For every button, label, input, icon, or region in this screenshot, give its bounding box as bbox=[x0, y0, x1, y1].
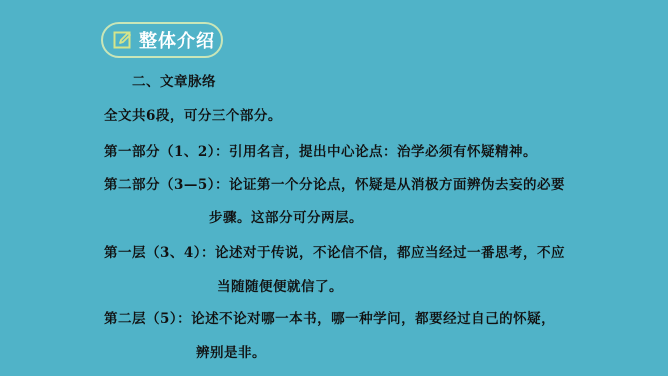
layer1-text-line2: 当随随便便就信了。 bbox=[217, 275, 343, 295]
layer1-text-line1: 第一层（3、4）：论述对于传说，不论信不信，都应当经过一番思考，不应 bbox=[104, 241, 565, 261]
layer2-text-line1: 第二层（5）：论述不论对哪一本书，哪一种学问，都要经过自己的怀疑， bbox=[104, 307, 555, 327]
part2-text-line2: 步骤。这部分可分两层。 bbox=[209, 206, 363, 226]
edit-icon bbox=[113, 30, 133, 50]
part1-text: 第一部分（1、2）：引用名言，提出中心论点：治学必须有怀疑精神。 bbox=[104, 140, 537, 160]
part2-text-line1: 第二部分（3—5）：论证第一个分论点，怀疑是从消极方面辨伪去妄的必要 bbox=[104, 173, 565, 193]
section-heading: 二、文章脉络 bbox=[132, 70, 216, 90]
summary-text: 全文共6段，可分三个部分。 bbox=[104, 104, 282, 124]
layer2-text-line2: 辨别是非。 bbox=[196, 341, 266, 361]
page-title: 整体介绍 bbox=[139, 27, 215, 53]
section-title-badge: 整体介绍 bbox=[101, 22, 223, 58]
